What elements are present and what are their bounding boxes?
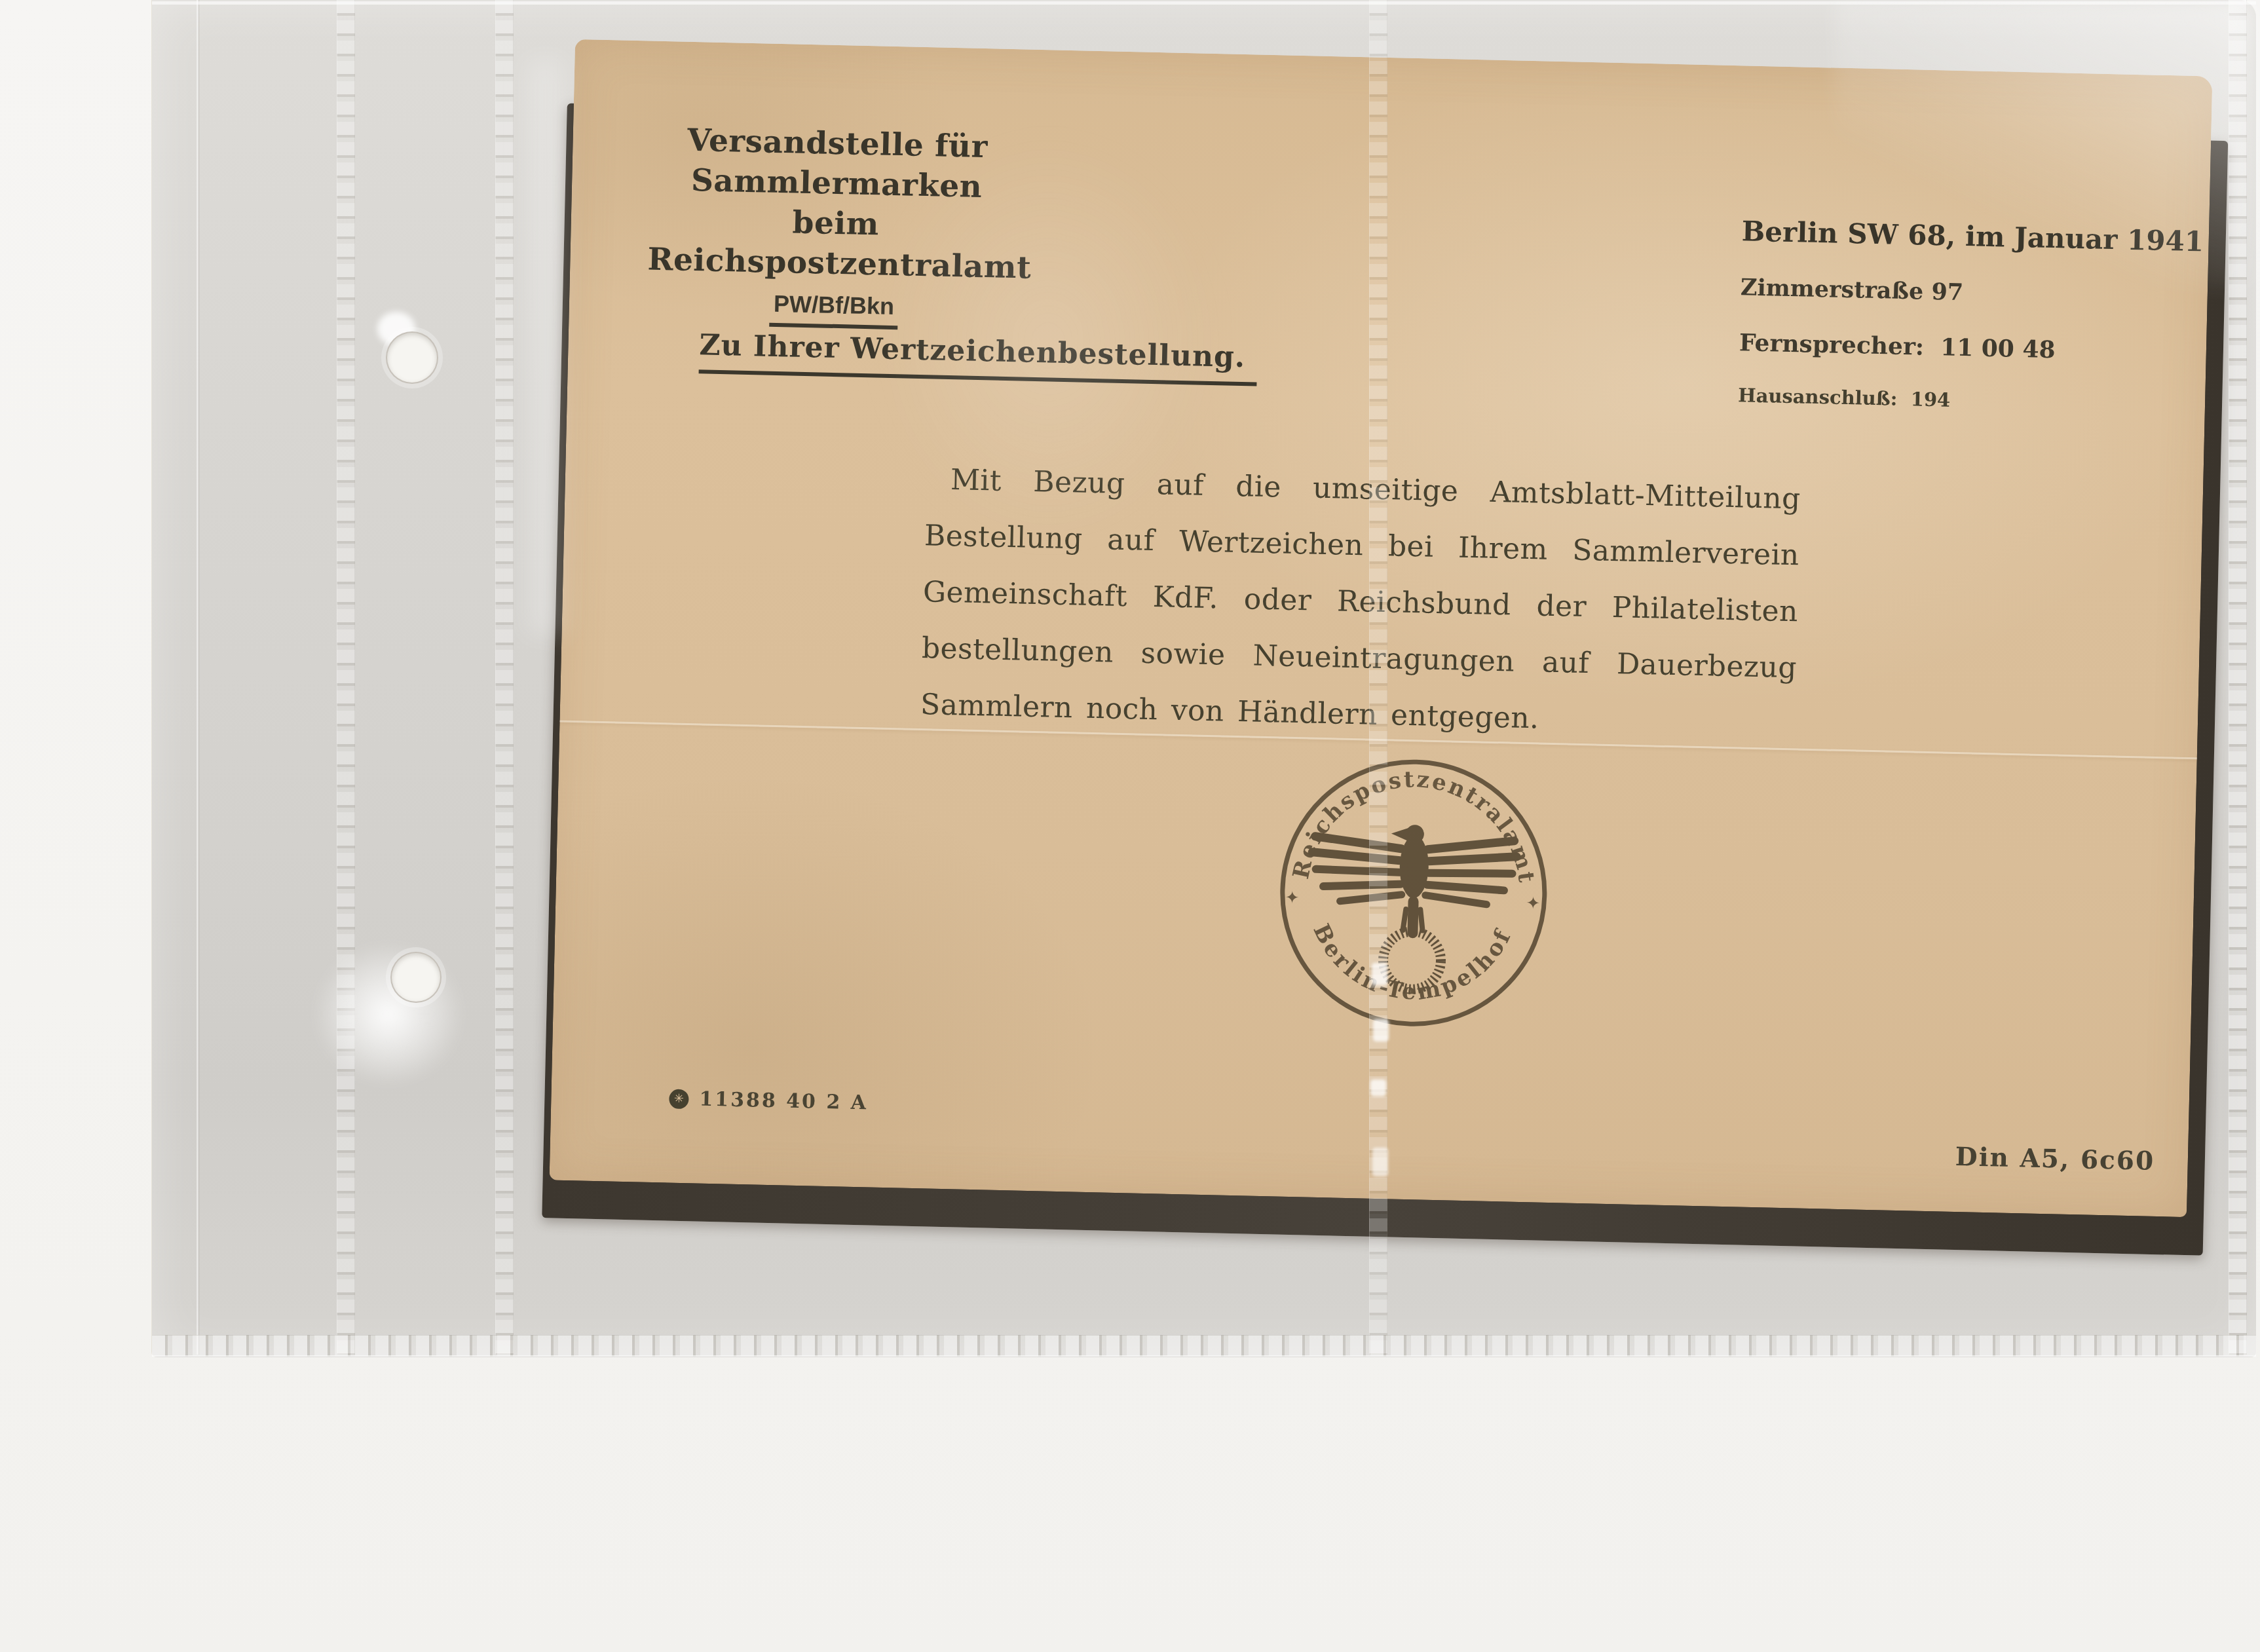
- scanned-page: Versandstelle für Sammlermarken beim Rei…: [0, 0, 2260, 1652]
- format-note: Din A5, 6c60: [1955, 1142, 2155, 1176]
- sender-line-2: beim Reichspostzentralamt: [647, 199, 1024, 288]
- print-code-block: ✳ 11388 40 2 A: [669, 1087, 868, 1115]
- letterhead: Versandstelle für Sammlermarken beim Rei…: [646, 120, 1025, 333]
- stamp-star-right: ✦: [1526, 893, 1540, 913]
- letter-page: Versandstelle für Sammlermarken beim Rei…: [550, 39, 2213, 1217]
- document-group: Versandstelle für Sammlermarken beim Rei…: [550, 39, 2213, 1217]
- printer-mark-icon: ✳: [669, 1089, 689, 1109]
- extension-line: Hausanschluß: 194: [1738, 383, 2184, 417]
- subject-line: Zu Ihrer Wertzeichenbestellung.: [699, 328, 1258, 386]
- date-block: Berlin SW 68, im Januar 1941 Zimmerstraß…: [1737, 190, 2188, 442]
- reference-code: PW/Bf/Bkn: [769, 290, 898, 329]
- street-line: Zimmerstraße 97: [1740, 272, 2186, 312]
- letter-body: Mit Bezug auf die umseitige Amtsblatt-Mi…: [920, 451, 1801, 753]
- city-date-line: Berlin SW 68, im Januar 1941: [1741, 215, 2187, 257]
- punch-hole-bottom: [390, 952, 442, 1003]
- stamp-star-left: ✦: [1285, 888, 1299, 908]
- sender-line-1: Versandstelle für Sammlermarken: [649, 120, 1026, 208]
- phone-line: Fernsprecher: 11 00 48: [1739, 328, 2185, 367]
- punch-hole-top: [386, 331, 438, 384]
- print-code: 11388 40 2 A: [699, 1088, 868, 1115]
- official-round-stamp: Reichspostzentralamt Berlin-Tempelhof ✦ …: [1266, 745, 1561, 1040]
